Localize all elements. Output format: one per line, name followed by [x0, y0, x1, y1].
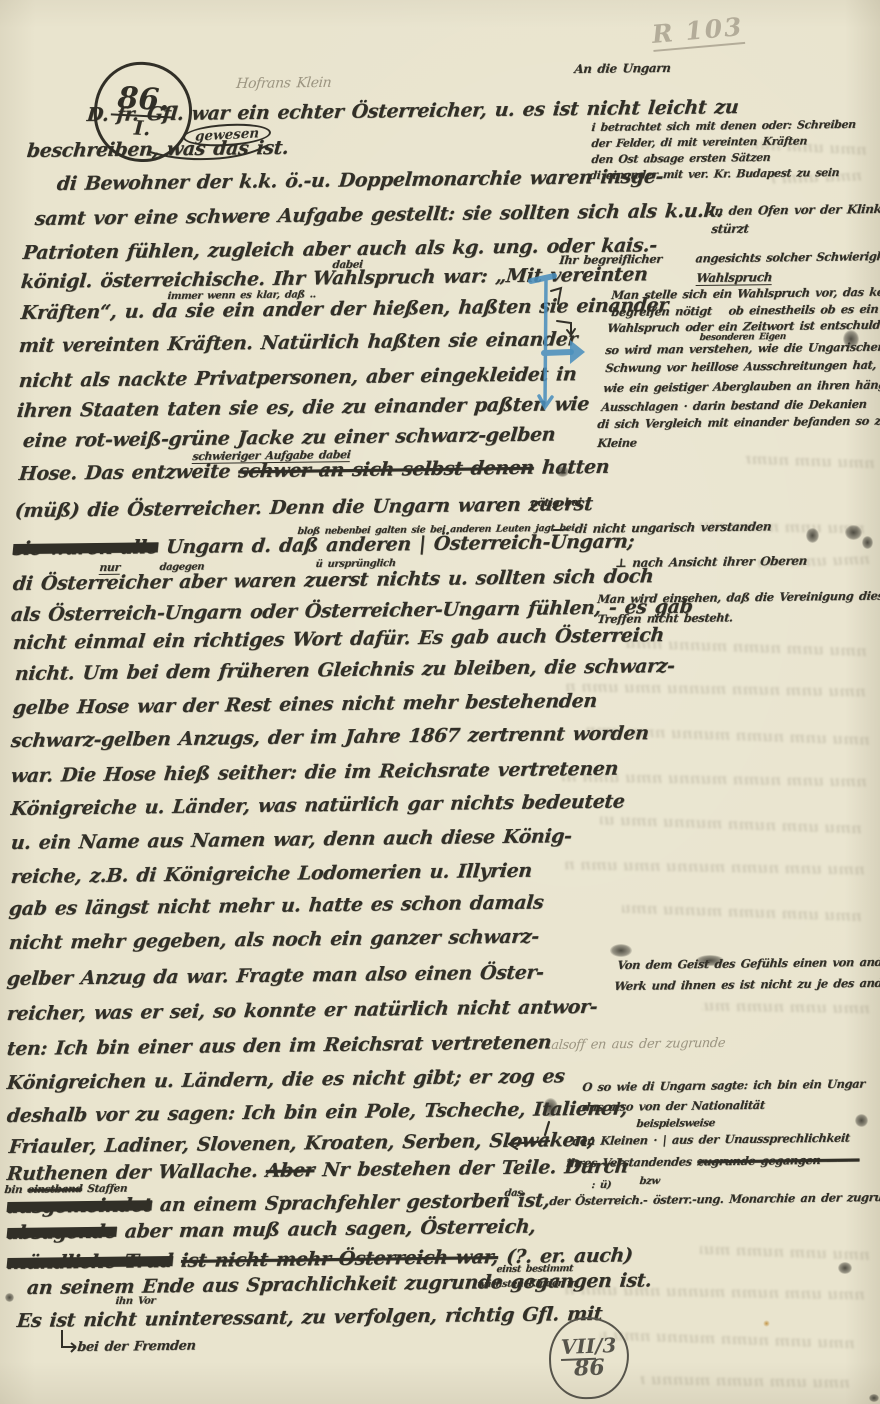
margin-note: — di nicht ungarisch verstanden [557, 519, 772, 536]
manuscript-line: absagende aber man muß auch sagen, Öster… [6, 1216, 537, 1244]
manuscript-line: Kräften“, u. da sie ein ander der hießen… [20, 294, 669, 324]
manuscript-line: Friauler, Ladiner, Slovenen, Kroaten, Se… [8, 1129, 595, 1158]
margin-note: wie ein geistiger Aberglauben an ihren h… [603, 377, 880, 395]
margin-note: Ausschlagen · darin bestand die Dekanien [601, 397, 868, 414]
manuscript-line: gab es längst nicht mehr u. hatte es sch… [8, 891, 544, 920]
manuscript-line: nicht mehr gegeben, als noch ein ganzer … [8, 926, 540, 954]
margin-note: Kleine [597, 436, 638, 450]
ink-smudge [543, 1098, 558, 1117]
ink-smudge [696, 955, 724, 966]
manuscript-line: Es ist nicht uninteressant, zu verfolgen… [16, 1303, 603, 1332]
margin-note: Man stelle sich ein Wahlspruch vor, das … [611, 284, 880, 302]
interlinear-insert: dabei [332, 259, 363, 271]
manuscript-line: reiche, z.B. di Königreiche Lodomerien u… [10, 860, 533, 888]
ink-smudge [763, 1320, 770, 1327]
margin-note: den Ost absage ersten Sätzen [591, 151, 771, 166]
ink-offset-ghost: nmu unm numn munnu nmu umn nnum munu [565, 855, 865, 878]
manuscript-line: (müß) die Österreicher. Denn die Ungarn … [14, 493, 594, 522]
margin-note: : ü) [591, 1180, 612, 1191]
manuscript-line: als Österreich-Ungarn oder Österreicher-… [10, 596, 694, 626]
manuscript-line: ten: Ich bin einer aus den im Reichsrat … [6, 1031, 552, 1060]
stamp-line1: VII/3 [561, 1335, 617, 1357]
ink-offset-ghost: nmu unm numn munnu nmu umn nnum munu [745, 450, 876, 473]
margin-note: beispielsweise [636, 1117, 716, 1130]
margin-note: Schwung vor heillose Ausschreitungen hat… [605, 357, 880, 375]
manuscript-line: reicher, was er sei, so konnte er natürl… [6, 996, 598, 1025]
ink-smudge [843, 330, 859, 348]
interlinear-insert: bin einstband Staffen [4, 1183, 128, 1197]
interlinear-insert: nur [99, 561, 121, 575]
manuscript-line: Königreiche u. Länder, was natürlich gar… [10, 791, 626, 821]
manuscript-line: ihren Staaten taten sie es, die zu einan… [16, 393, 590, 422]
ink-smudge [806, 528, 819, 543]
manuscript-line: gelber Anzug da war. Fragte man also ein… [6, 961, 545, 990]
corner-arrow [62, 1330, 76, 1352]
margin-note: nötig bei [530, 496, 582, 509]
manuscript-line: samt vor eine schwere Aufgabe gestellt: … [34, 200, 724, 230]
margin-note: Hofrans Klein [236, 75, 333, 92]
ink-offset-ghost: nmu unm numn munnu nmu umn nnum munu [700, 1240, 871, 1264]
manuscript-page: 86. I. R 103 gewesen nmu unm numn munnu … [0, 0, 880, 1404]
margin-note: der Felder, di mit vereinten Kräften [591, 134, 808, 150]
manuscript-line: schwarz-gelben Anzugs, der im Jahre 1867… [10, 722, 650, 752]
manuscript-line: u. ein Name aus Namen war, denn auch die… [10, 825, 573, 854]
manuscript-line: mit vereinten Kräften. Natürlich haßten … [18, 328, 578, 357]
ink-offset-ghost: nmu unm numn munnu nmu umn nnum munu [702, 997, 870, 1018]
margin-note: ihres Verstandendes zugrunde gegangen ——… [566, 1152, 860, 1170]
margin-note: ⊥ nach Ansicht ihrer Oberen [615, 554, 808, 570]
margin-note: so wird man verstehen, wie die Ungarisch… [605, 339, 880, 357]
manuscript-line: deshalb vor zu sagen: Ich bin ein Pole, … [6, 1097, 628, 1127]
margin-note: An die Ungarn [574, 61, 671, 76]
manuscript-line: Königreichen u. Ländern, die es nicht gi… [6, 1065, 566, 1094]
margin-note: begreifen nötigt ob einestheils ob es ei… [611, 302, 879, 319]
margin-note: stürzt [711, 222, 750, 236]
archive-number-pencil: R 103 [651, 12, 745, 52]
ink-offset-ghost: nmu unm numn munnu nmu umn nnum munu [600, 810, 862, 837]
ink-offset-ghost: nmu unm numn munnu nmu umn nnum munu [566, 677, 866, 700]
manuscript-line: Ruthenen der Wallache. Aber Nr bestehen … [6, 1155, 629, 1185]
interlinear-insert: ihn Vor [115, 1296, 156, 1307]
margin-note: di sich Vergleich mit einander befanden … [597, 413, 880, 431]
ink-smudge [855, 1114, 868, 1127]
manuscript-line: war. Die Hose hieß seither: die im Reich… [10, 758, 619, 787]
interlinear-insert: immer wenn es klar, daß .. [167, 289, 316, 302]
margin-note: In den Ofen vor der Klink [709, 202, 880, 218]
ink-offset-ghost: nmu unm numn munnu nmu umn nnum munu [640, 1370, 850, 1392]
interlinear-insert: das [504, 1188, 523, 1199]
margin-note: Wahlspruch [696, 270, 773, 286]
manuscript-line: eine rot-weiß-grüne Jacke zu einer schwa… [22, 423, 556, 452]
manuscript-line: nicht einmal ein richtiges Wort dafür. E… [12, 624, 665, 654]
manuscript-line: beschreiben, was das ist. [26, 137, 289, 162]
manuscript-line: bei der Fremden [77, 1339, 197, 1355]
margin-note: Werk und ihnen es ist nicht zu je des an… [614, 975, 880, 993]
manuscript-line: di Bewohner der k.k. ö.-u. Doppelmonarch… [56, 166, 664, 195]
ink-smudge [5, 1293, 14, 1302]
margin-note: O so wie di Ungarn sagte: ich bin ein Un… [582, 1077, 866, 1094]
ink-smudge [556, 466, 569, 477]
ink-offset-ghost: nmu unm numn munnu nmu umn nnum munu [600, 1326, 855, 1353]
margin-note: Treffen nicht besteht. [597, 610, 734, 626]
interlinear-insert: schwieriger Aufgabe dabei [192, 448, 351, 464]
ink-offset-ghost: nmu unm numn munnu nmu umn nnum munu [622, 899, 862, 925]
stamp-line2: 86 [574, 1355, 605, 1380]
margin-note: Von dem Geist des Gefühls einen von ande… [617, 954, 880, 972]
interlinear-insert: ü ursprünglich [315, 558, 396, 570]
ink-smudge [838, 1262, 852, 1274]
margin-note: alsoff en aus der zugrunde [551, 1036, 726, 1053]
margin-note: i betrachtet sich mit denen oder: Schrei… [591, 118, 857, 134]
ink-smudge [862, 536, 873, 549]
margin-note: den Kleinen · | aus der Unaussprechlichk… [572, 1131, 851, 1148]
margin-note: Man wird einsehen, daß die Vereinigung d… [597, 588, 880, 606]
interlinear-insert: wärhsten Kinder in [477, 1278, 577, 1290]
manuscript-line: nicht als nackte Privatpersonen, aber ei… [18, 363, 577, 392]
margin-note: der Österreich.- österr.-ung. Monarchie … [549, 1189, 880, 1208]
interlinear-insert: dagegen [159, 561, 205, 573]
interlinear-insert: einst bestimmt [496, 1263, 574, 1275]
ink-smudge [610, 944, 632, 957]
margin-note: das also von der Nationalität [582, 1098, 766, 1114]
ink-smudge [845, 525, 862, 540]
margin-note: bzw [639, 1176, 660, 1187]
manuscript-line: gelbe Hose war der Rest eines nicht mehr… [12, 690, 598, 719]
ink-smudge [869, 1394, 879, 1402]
